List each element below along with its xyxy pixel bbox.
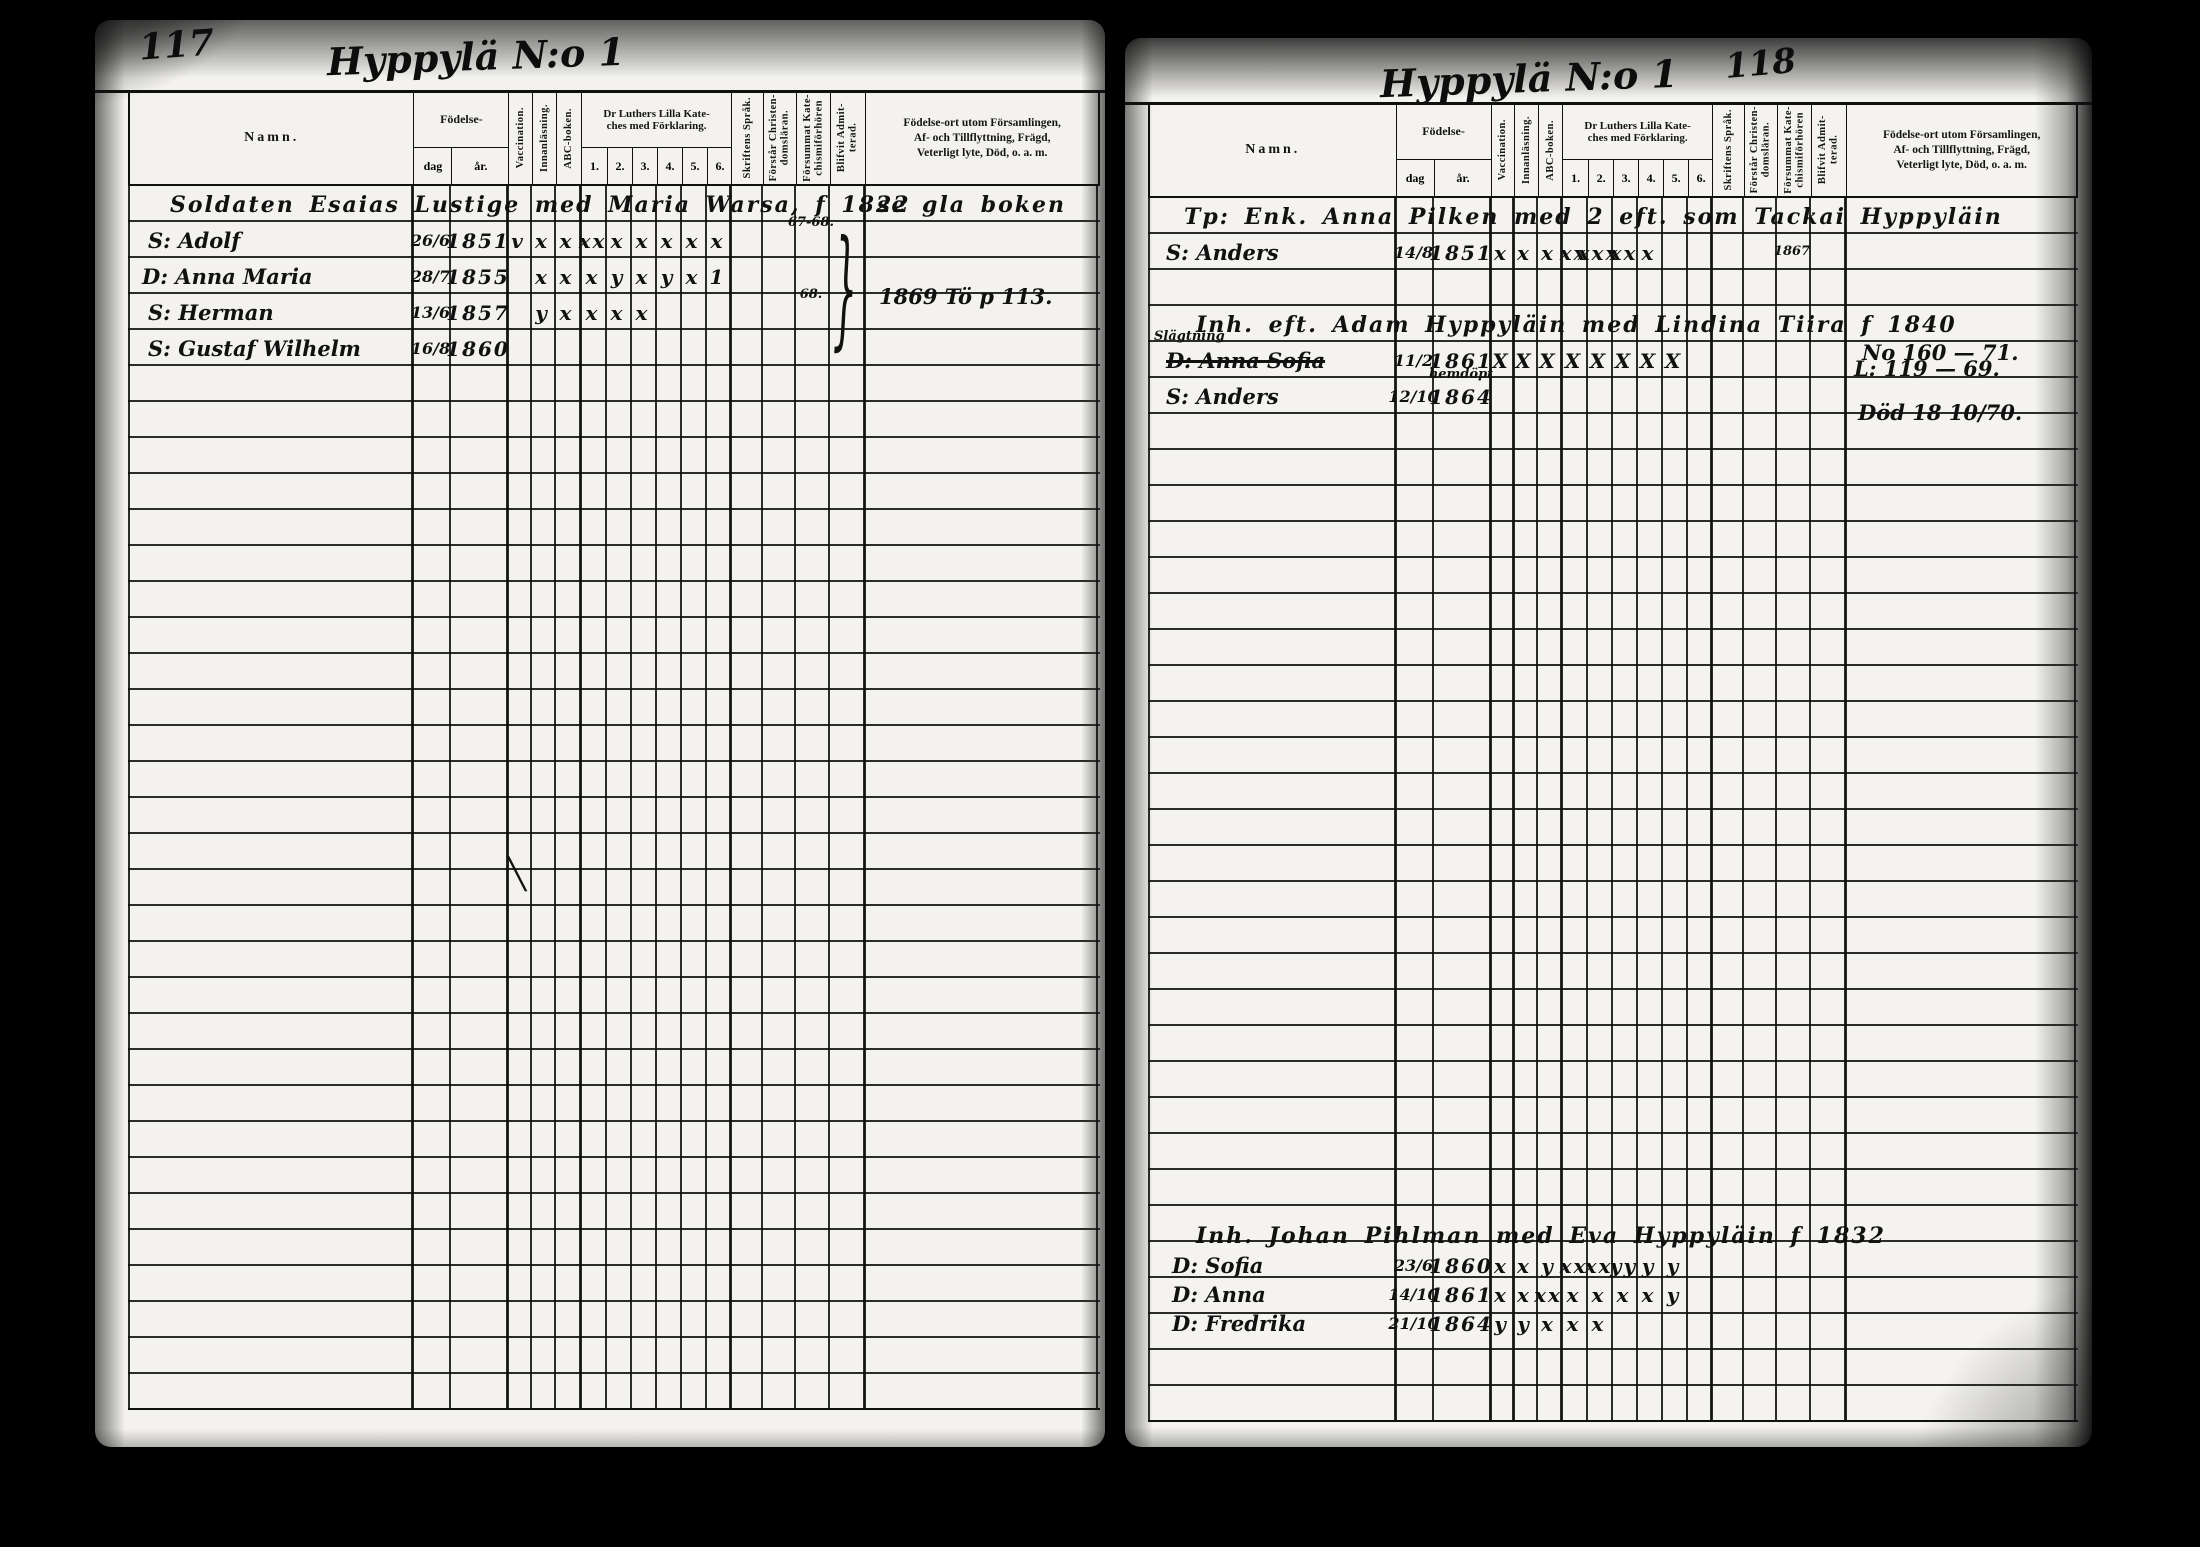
handwritten-mark: X xyxy=(1565,345,1583,377)
column-rule xyxy=(554,186,556,1410)
column-rule xyxy=(530,186,532,1410)
handwritten-entry: Slägtning xyxy=(1154,329,1225,345)
handwritten-entry: L: 119 — 69. xyxy=(1854,353,2000,385)
col-header-remarks: Födelse-ort utom Församlingen, Af- och T… xyxy=(1846,104,2076,196)
scanned-register-spread: 117 Hyppylä N:o 1 Namn. Födelse- dag år.… xyxy=(0,0,2200,1547)
page-number: 117 xyxy=(138,21,216,68)
handwritten-mark: 1 xyxy=(710,261,726,293)
col-header-vaccination: Vaccination. xyxy=(508,92,532,184)
col-header-namn: Namn. xyxy=(1150,104,1396,196)
handwritten-mark: x xyxy=(1642,1279,1656,1311)
handwritten-mark: x xyxy=(560,225,574,257)
handwritten-mark: 26/6 xyxy=(411,225,450,257)
col-header-dag: dag xyxy=(1397,160,1434,196)
handwritten-mark: 1864 xyxy=(1429,381,1493,413)
handwritten-entry: S: Anders xyxy=(1166,381,1279,413)
handwritten-entry: S: Anders xyxy=(1166,237,1279,269)
handwritten-mark: xx xyxy=(579,225,607,257)
handwritten-mark: } xyxy=(833,233,859,342)
handwritten-mark: x xyxy=(1494,1250,1508,1282)
handwritten-entry: D: Sofia xyxy=(1172,1250,1263,1282)
handwritten-mark: y xyxy=(1494,1308,1508,1340)
col-header-innanlasning: Innanläsning. xyxy=(1514,104,1538,196)
col-header-ar: år. xyxy=(451,148,509,184)
handwritten-entry: D: Fredrika xyxy=(1172,1308,1306,1340)
column-rule xyxy=(794,186,796,1410)
handwritten-mark: X xyxy=(1640,345,1658,377)
handwritten-mark: x xyxy=(1642,237,1656,269)
handwritten-entry: Inh. Johan Pihlman med Eva Hyppyläin f 1… xyxy=(1196,1220,1886,1252)
handwritten-mark: 1857 xyxy=(446,297,510,329)
page-title-handwritten: Hyppylä N:o 1 xyxy=(1379,51,1678,106)
handwritten-mark: v xyxy=(511,225,525,257)
handwritten-mark: xx xyxy=(1560,1250,1588,1282)
handwritten-mark: x xyxy=(1541,237,1555,269)
handwritten-mark: 28/7 xyxy=(411,261,450,293)
handwritten-mark: 1860 xyxy=(446,333,510,365)
col-header-abc-boken: ABC-boken. xyxy=(556,92,581,184)
handwritten-mark: 1851 xyxy=(446,225,510,257)
handwritten-mark: x xyxy=(1517,1250,1531,1282)
col-header-dag: dag xyxy=(414,148,451,184)
handwritten-mark: x xyxy=(686,261,700,293)
col-header-remarks: Födelse-ort utom Församlingen, Af- och T… xyxy=(865,92,1098,184)
column-rule xyxy=(630,186,632,1410)
handwritten-entry: ╲ xyxy=(508,859,526,891)
handwritten-mark: yy xyxy=(1610,1250,1637,1282)
handwritten-entry: D: Anna Sofia xyxy=(1166,345,1325,377)
column-rule xyxy=(729,186,731,1410)
col-header-fodelse: Födelse- dag år. xyxy=(1396,104,1491,196)
col-header-admitterad: Blifvit Admit- terad. xyxy=(1811,104,1847,196)
column-rule xyxy=(705,186,707,1410)
column-rule xyxy=(605,186,607,1410)
col-header-forstar: Förstår Christen- domsläran. xyxy=(1744,104,1777,196)
page-number: 118 xyxy=(1723,41,1797,87)
handwritten-mark: x xyxy=(611,225,625,257)
handwritten-mark: 1855 xyxy=(446,261,510,293)
handwritten-mark: x xyxy=(586,297,600,329)
handwritten-mark: x xyxy=(1494,1279,1508,1311)
handwritten-mark: x xyxy=(535,261,549,293)
column-rule xyxy=(2074,198,2076,1422)
column-rule xyxy=(412,186,414,1410)
handwritten-mark: X xyxy=(1590,345,1608,377)
handwritten-mark: 1861 xyxy=(1429,1279,1493,1311)
handwritten-mark: 1851 xyxy=(1429,237,1493,269)
col-header-skriftens-sprak: Skriftens Språk. xyxy=(1712,104,1744,196)
handwritten-mark: x xyxy=(686,225,700,257)
handwritten-mark: xx xyxy=(1585,1250,1613,1282)
col-header-namn: Namn. xyxy=(130,92,413,184)
handwritten-entry: S: Herman xyxy=(148,297,274,329)
column-rule xyxy=(1096,186,1098,1410)
handwritten-mark: X xyxy=(1539,345,1557,377)
handwritten-mark: x xyxy=(711,225,725,257)
handwritten-mark: xx xyxy=(1610,237,1638,269)
column-rule xyxy=(863,186,865,1410)
handwritten-mark: X xyxy=(1665,345,1683,377)
handwritten-mark: y xyxy=(611,261,625,293)
page-title-handwritten: Hyppylä N:o 1 xyxy=(326,29,625,84)
col-header-innanlasning: Innanläsning. xyxy=(532,92,556,184)
handwritten-mark: x xyxy=(661,225,675,257)
handwritten-entry: se gla boken xyxy=(877,189,1066,221)
handwritten-mark: y xyxy=(661,261,675,293)
handwritten-mark: x xyxy=(636,225,650,257)
handwritten-mark: x xyxy=(1494,237,1508,269)
handwritten-mark: 13/6 xyxy=(411,297,450,329)
col-header-ar: år. xyxy=(1434,160,1492,196)
table-header: Namn. Födelse- dag år. Vaccination. Inna… xyxy=(128,92,1100,186)
col-header-abc-boken: ABC-boken. xyxy=(1538,104,1562,196)
handwritten-mark: y xyxy=(1541,1250,1555,1282)
handwritten-mark: x xyxy=(1617,1279,1631,1311)
handwritten-mark: X xyxy=(1492,345,1510,377)
column-rule xyxy=(449,186,451,1410)
col-header-vaccination: Vaccination. xyxy=(1491,104,1515,196)
col-header-admitterad: Blifvit Admit- terad. xyxy=(830,92,866,184)
col-header-fodelse: Födelse- dag år. xyxy=(413,92,508,184)
left-page: 117 Hyppylä N:o 1 Namn. Födelse- dag år.… xyxy=(95,20,1105,1447)
handwritten-mark: x xyxy=(1517,1279,1531,1311)
handwritten-entry: D: Anna xyxy=(1172,1279,1266,1311)
handwritten-mark: y xyxy=(1667,1279,1681,1311)
handwritten-entry: Död 18 10/70. xyxy=(1858,397,2022,429)
handwritten-mark: x xyxy=(636,261,650,293)
handwritten-mark: x xyxy=(1517,237,1531,269)
handwritten-entry: Tp: Enk. Anna Pilken med 2 eft. som Tack… xyxy=(1184,201,2003,233)
column-rule xyxy=(655,186,657,1410)
handwritten-entry: D: Anna Maria xyxy=(142,261,313,293)
handwritten-mark: x xyxy=(1567,1279,1581,1311)
handwritten-entry: S: Gustaf Wilhelm xyxy=(148,333,361,365)
col-header-forsummat: Försummat Kate- chismiförhören xyxy=(796,92,830,184)
handwritten-mark: 16/8 xyxy=(411,333,450,365)
col-header-forstar: Förstår Christen- domsläran. xyxy=(763,92,796,184)
handwritten-mark: xx xyxy=(1534,1279,1562,1311)
handwritten-mark: X xyxy=(1515,345,1533,377)
handwritten-mark: x xyxy=(1592,1308,1606,1340)
handwritten-mark: 23/6 xyxy=(1394,1250,1433,1282)
handwritten-mark: 67-68. xyxy=(788,215,834,231)
handwritten-mark: y xyxy=(1642,1250,1656,1282)
column-rule xyxy=(828,186,830,1410)
handwritten-mark: hemdöpt xyxy=(1429,367,1493,383)
handwritten-mark: x xyxy=(1592,1279,1606,1311)
handwritten-entry: 1869 Tö p 113. xyxy=(879,281,1052,313)
handwritten-mark: x xyxy=(560,297,574,329)
table-header: Namn. Födelse- dag år. Vaccination. Inna… xyxy=(1148,104,2078,198)
table-body xyxy=(128,186,1100,1410)
column-rule xyxy=(580,186,582,1410)
column-rule xyxy=(128,186,130,1410)
column-rule xyxy=(1148,198,1150,1422)
handwritten-mark: 11/2 xyxy=(1394,345,1433,377)
handwritten-mark: x xyxy=(535,225,549,257)
handwritten-entry: S: Adolf xyxy=(148,225,240,257)
column-rule xyxy=(506,186,508,1410)
handwritten-mark: x xyxy=(1541,1308,1555,1340)
handwritten-mark: 1864 xyxy=(1429,1308,1493,1340)
handwritten-mark: x xyxy=(560,261,574,293)
handwritten-mark: 14/8 xyxy=(1394,237,1433,269)
handwritten-mark: y xyxy=(1667,1250,1681,1282)
handwritten-mark: 1860 xyxy=(1429,1250,1493,1282)
handwritten-entry: Inh. eft. Adam Hyppyläin med Lindina Tii… xyxy=(1196,309,1957,341)
handwritten-mark: X xyxy=(1615,345,1633,377)
column-rule xyxy=(761,186,763,1410)
col-header-kateches: Dr Luthers Lilla Kate- ches med Förklari… xyxy=(581,92,731,184)
handwritten-mark: y xyxy=(1517,1308,1531,1340)
handwritten-mark: y xyxy=(535,297,549,329)
column-rule xyxy=(680,186,682,1410)
handwritten-mark: x xyxy=(586,261,600,293)
col-header-skriftens-sprak: Skriftens Språk. xyxy=(731,92,763,184)
handwritten-mark: 1867 xyxy=(1774,244,1810,260)
right-page: Hyppylä N:o 1 118 Namn. Födelse- dag år.… xyxy=(1125,38,2092,1447)
col-header-kateches: Dr Luthers Lilla Kate- ches med Förklari… xyxy=(1562,104,1712,196)
col-header-forsummat: Försummat Kate- chismiförhören xyxy=(1777,104,1811,196)
handwritten-mark: x xyxy=(1567,1308,1581,1340)
handwritten-mark: x xyxy=(636,297,650,329)
handwritten-mark: x xyxy=(611,297,625,329)
handwritten-mark: 68. xyxy=(800,287,823,303)
